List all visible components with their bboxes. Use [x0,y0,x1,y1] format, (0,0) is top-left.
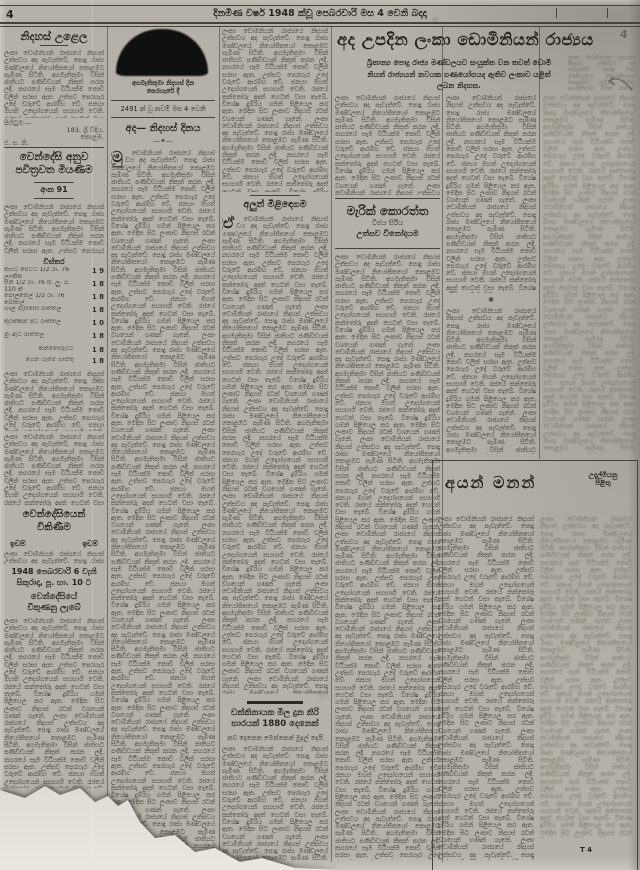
body-text-block: ලංකා ඩොමිනියන් රාජ්‍යයේ නිදහස් උත්සවය අද… [222,216,328,694]
bottom-box-sideline: පිළිතු [573,479,633,487]
body-text-block: ලංකා ඩොමිනියන් රාජ්‍යයේ නිදහස් උත්සවය අද… [335,95,440,195]
auction-date: 1948 පෙබරවාරි 6 වැනි [4,567,104,578]
body-text-block: ලංකා ඩොමිනියන් රාජ්‍යයේ නිදහස් උත්සවය අද… [4,204,104,254]
body-text-block: ලංකා ඩොමිනියන් රාජ්‍යයේ නිදහස් උත්සවය අද… [4,50,104,118]
header-top-rule [0,5,640,6]
header-thin-rule [0,26,640,27]
price-item: මුං ඇට රාත්තල [4,332,82,339]
independence-day-heading: අද— නිදහස් දිනය [111,123,215,134]
sale-heading: වෙන්දේසියෙන් [4,509,104,522]
auction-ad-heading: වෙන්දේසි අනුව [4,151,104,164]
price-value: 1 9 [92,267,104,275]
total-item: ගෙන යෑමේ ගාස්තු [4,357,74,364]
sold-line: විකුණනු ලැබේ [4,603,104,614]
price-value: 1 0 [92,319,104,327]
torn-paper-area [0,780,340,870]
section-rule [4,147,104,148]
header-thick-rule [0,22,640,24]
section-rule [335,248,440,249]
drop-cap: මු [112,150,125,166]
section-bar-divider [247,701,303,704]
land-label: ඉඩම් [10,539,50,549]
total-row: ගෙන යෑමේ ගාස්තු1 8 [4,357,104,368]
price-row: කහට පෙට්ටි 1/2 රා. 76 ලාංකික1 9 [4,267,104,280]
milk-subline: නව දෙනෙක මෙන්කෙන් මුදල් දෙයි [222,734,328,743]
sale-heading: විකිණීම [4,522,104,535]
totals-list: කන්තෝරුවට1 8 ගෙන යෑමේ ගාස්තු1 8 [4,346,104,368]
price-row: හාල් මැස්සෝ රාත්තල1 8 [4,306,104,319]
total-value: 1 8 [92,346,104,354]
page-number: 4 [6,8,14,21]
address-block: පිහිටුම:— 183, ශ්‍රී වීදිය, කොළඹ. එ. ස. … [4,120,104,147]
header-tick [556,8,557,18]
total-value: 1 8 [92,357,104,365]
heading-divider [40,45,68,46]
pencil-arrow-icon [606,74,634,94]
body-text-block: ලංකා ඩොමිනියන් රාජ්‍යයේ නිදහස් උත්සවය අද… [4,551,104,564]
milk-heading: භාරයක් 1880 දෙනෙක් [222,719,328,730]
photo-caption: පෙරහැරේ දී [111,88,215,95]
calendar-date-line: 2491 ක් වූ නවම් මස 4 වෙනි [111,105,215,114]
price-item: කුරක්කන් පිටි රාත්තල [4,319,82,326]
body-text-block: ලංකා ඩොමිනියන් රාජ්‍යයේ නිදහස් උත්සවය අද… [543,95,636,453]
price-row: පොල්තෙල් 1/2 රා. 76 බෝතල්1 8 [4,293,104,306]
price-item: කහට පෙට්ටි 1/2 රා. 76 ලාංකික [4,267,82,280]
price-value: 1 8 [92,293,104,301]
small-rule [34,182,74,183]
price-row: සීනි 1/2 රා. 76 සී. ලු. බ. 110 ක්1 8 [4,280,104,293]
body-text-block: ලංකා ඩොමිනියන් රාජ්‍යයේ නිදහස් උත්සවය අද… [222,28,328,192]
drop-cap: ඒ [223,216,236,232]
body-text-block: ලංකා ඩොමිනියන් රාජ්‍යයේ නිදහස් උත්සවය අද… [4,371,104,431]
milk-heading: ඩක්කිනායක මිල දුන කිරි [222,708,328,719]
bottom-box-title: අයන් මනන් [445,473,575,493]
sold-line: වෙන්දේසියේ [4,592,104,603]
box-footer-mark: T 4 [540,846,632,854]
column-rule [107,27,108,862]
boxed-subarticle-sub1: විජය සිරිය [335,219,440,228]
boxed-subarticle-sub2: උත්සව විනෝදයම [335,229,440,239]
land-label: ඉඩම් [58,539,98,549]
price-row: කුරක්කන් පිටි රාත්තල1 0 [4,319,104,332]
auction-number: අංක 91 [4,185,104,195]
price-item: සීනි 1/2 රා. 76 සී. ලු. බ. 110 ක් [4,280,82,293]
column-rule [219,27,220,862]
heading-ornament: —✦— [111,137,215,145]
price-item: පොල්තෙල් 1/2 රා. 76 බෝතල් [4,293,82,306]
price-list: කහට පෙට්ටි 1/2 රා. 76 ලාංකික1 9 සීනි 1/2… [4,267,104,345]
small-rule [250,195,300,196]
price-row: මුං ඇට රාත්තල1 8 [4,332,104,345]
lead-headline: අද උපදින ලංකා ඩොමිනියන් රාජ්‍යය [337,30,627,50]
body-text-block: ලංකා ඩොමිනියන් රාජ්‍යයේ නිදහස් උත්සවය අද… [446,308,536,454]
section-rule [111,117,215,118]
header-tick [607,8,608,18]
section-rule [335,198,440,199]
handwritten-corner-mark: 4 [619,28,628,42]
body-text-block: ලංකා ඩොමිනියන් රාජ්‍යයේ නිදහස් උත්සවය අද… [438,516,534,860]
subheading: අලුත් මිළිඳෙගම [222,199,328,210]
newspaper-page: 4 දිනමිණ වර්ෂ 1948 ක්වූ පෙබරවාරි මස 4 වෙ… [0,0,640,870]
bottom-box-sideline: උදැල්මියනු [573,471,633,479]
body-text-block: ලංකා ඩොමිනියන් රාජ්‍යයේ නිදහස් උත්සවය අද… [335,254,440,860]
body-text-block: ලංකා ඩොමිනියන් රාජ්‍යයේ නිදහස් උත්සවය අද… [4,434,104,506]
column-rule [331,27,332,862]
masthead-date-line: දිනමිණ වර්ෂ 1948 ක්වූ පෙබරවාරි මස 4 වෙනි… [150,8,490,19]
body-text-block: ලංකා ඩොමිනියන් රාජ්‍යයේ නිදහස් උත්සවය අද… [540,516,632,838]
details-label: විස්තර [4,257,104,267]
torn-paper-shape [0,780,340,870]
auction-ad-heading: පවිත්‍රවත මියණිම [4,164,104,177]
festival-heading: නිදහස් උළෙල [4,30,104,44]
star-divider: ✱ [446,296,536,304]
price-value: 1 8 [92,332,104,340]
price-value: 1 8 [92,280,104,288]
body-text-block: ලංකා ඩොමිනියන් රාජ්‍යයේ නිදහස් උත්සවය අද… [4,618,104,788]
price-value: 1 8 [92,306,104,314]
boxed-subarticle-title: මැරික් කොරත්ත [335,204,440,219]
auction-date: සිකුරාදා, පූ. භා. 10 ට [4,578,104,589]
body-text-block: ලංකා ඩොමිනියන් රාජ්‍යයේ නිදහස් උත්සවය අද… [446,95,536,293]
body-text-block: ලංකා ඩොමිනියන් රාජ්‍යයේ නිදහස් උත්සවය අද… [111,150,215,860]
photo-dark-dome [116,29,208,76]
section-rule [111,100,215,101]
total-row: කන්තෝරුවට1 8 [4,346,104,357]
small-rule [34,198,74,199]
column-rule [539,27,540,459]
total-item: කන්තෝරුවට [4,346,74,353]
price-item: හාල් මැස්සෝ රාත්තල [4,306,82,313]
